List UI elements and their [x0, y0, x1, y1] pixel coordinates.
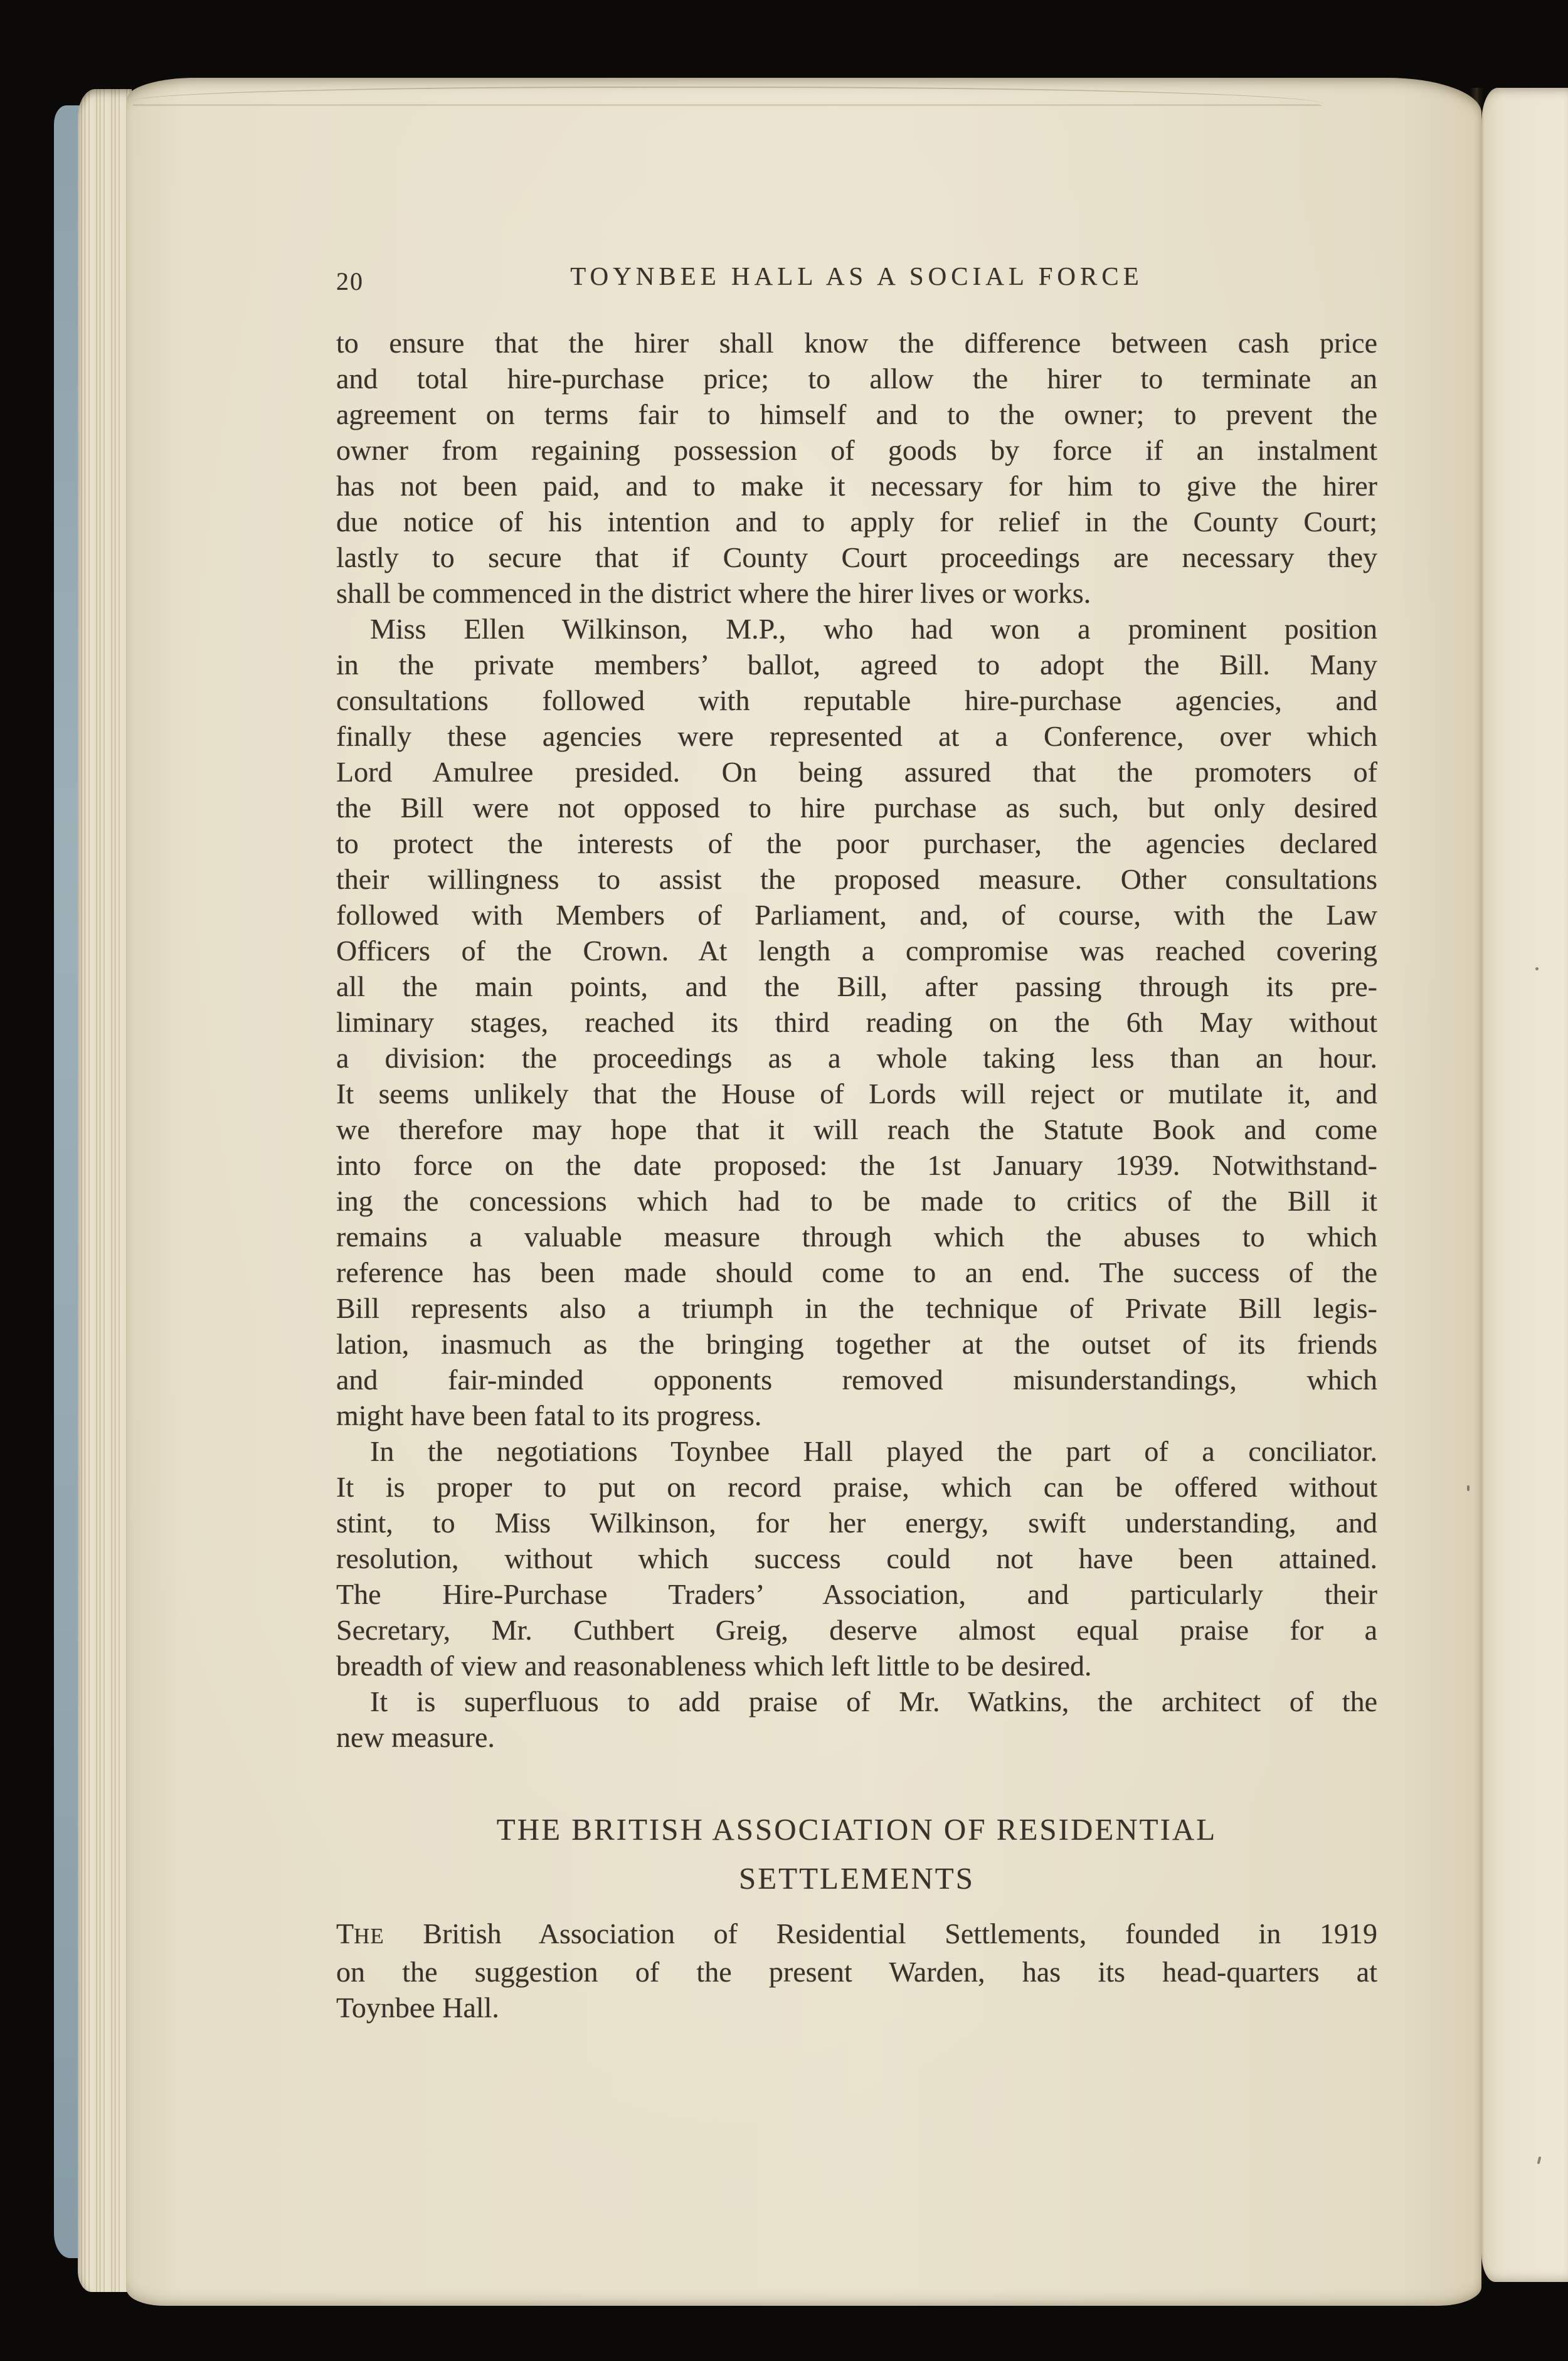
text-line: Officers of the Crown. At length a compr…: [336, 933, 1377, 968]
text-line: remains a valuable measure through which…: [336, 1219, 1377, 1255]
text-line: owner from regaining possession of goods…: [336, 432, 1377, 468]
section-heading: THE BRITISH ASSOCIATION OF RESIDENTIALSE…: [336, 1805, 1377, 1903]
text-line: Secretary, Mr. Cuthbert Greig, deserve a…: [336, 1612, 1377, 1648]
text-line: due notice of his intention and to apply…: [336, 504, 1377, 539]
text-line: It is proper to put on record praise, wh…: [336, 1469, 1377, 1505]
text-line: The Hire-Purchase Traders’ Association, …: [336, 1576, 1377, 1612]
text-line: all the main points, and the Bill, after…: [336, 968, 1377, 1004]
stacked-page-edges: [78, 89, 132, 2292]
text-line: consultations followed with reputable hi…: [336, 682, 1377, 718]
text-line: on the suggestion of the present Warden,…: [336, 1954, 1377, 1990]
text-line: In the negotiations Toynbee Hall played …: [336, 1433, 1377, 1469]
text-line: has not been paid, and to make it necess…: [336, 468, 1377, 504]
text-line: Bill represents also a triumph in the te…: [336, 1290, 1377, 1326]
text-line: Toynbee Hall.: [336, 1990, 1377, 2025]
scan-speck: [1535, 967, 1539, 970]
section-paragraphs: THE British Association of Residential S…: [336, 1916, 1377, 2025]
text-line: new measure.: [336, 1719, 1377, 1755]
paragraph: Miss Ellen Wilkinson, M.P., who had won …: [336, 611, 1377, 1433]
text-line: Lord Amulree presided. On being assured …: [336, 754, 1377, 790]
text-line: we therefore may hope that it will reach…: [336, 1112, 1377, 1147]
text-line: lation, inasmuch as the bringing togethe…: [336, 1326, 1377, 1362]
text-line: lastly to secure that if County Court pr…: [336, 539, 1377, 575]
text-line: ing the concessions which had to be made…: [336, 1183, 1377, 1219]
text-line: and fair-minded opponents removed misund…: [336, 1362, 1377, 1398]
small-caps-lead: HE: [354, 1924, 384, 1948]
section-heading-line: SETTLEMENTS: [336, 1854, 1377, 1903]
paragraph: to ensure that the hirer shall know the …: [336, 325, 1377, 611]
text-line: resolution, without which success could …: [336, 1541, 1377, 1576]
text-line: a division: the proceedings as a whole t…: [336, 1040, 1377, 1076]
text-line: in the private members’ ballot, agreed t…: [336, 647, 1377, 682]
text-line: finally these agencies were represented …: [336, 718, 1377, 754]
text-line: Miss Ellen Wilkinson, M.P., who had won …: [336, 611, 1377, 647]
body-paragraphs: to ensure that the hirer shall know the …: [336, 325, 1377, 1755]
text-line: and total hire-purchase price; to allow …: [336, 361, 1377, 396]
text-line: stint, to Miss Wilkinson, for her energy…: [336, 1505, 1377, 1541]
book-scan: 20 TOYNBEE HALL AS A SOCIAL FORCE to ens…: [0, 0, 1568, 2361]
facing-page-edge: [1481, 88, 1568, 2282]
text-line: It seems unlikely that the House of Lord…: [336, 1076, 1377, 1112]
text-line: to protect the interests of the poor pur…: [336, 825, 1377, 861]
scan-speck: [1467, 1485, 1470, 1491]
paragraph: THE British Association of Residential S…: [336, 1916, 1377, 2025]
section-heading-line: THE BRITISH ASSOCIATION OF RESIDENTIAL: [336, 1805, 1377, 1854]
text-line: reference has been made should come to a…: [336, 1255, 1377, 1290]
text-line: followed with Members of Parliament, and…: [336, 897, 1377, 933]
text-line: their willingness to assist the proposed…: [336, 861, 1377, 897]
text-line: THE British Association of Residential S…: [336, 1916, 1377, 1954]
text-line: It is superfluous to add praise of Mr. W…: [336, 1684, 1377, 1719]
page-text: 20 TOYNBEE HALL AS A SOCIAL FORCE to ens…: [336, 258, 1377, 2025]
running-header-title: TOYNBEE HALL AS A SOCIAL FORCE: [336, 258, 1377, 294]
text-line: liminary stages, reached its third readi…: [336, 1004, 1377, 1040]
paragraph: In the negotiations Toynbee Hall played …: [336, 1433, 1377, 1684]
text-line: shall be commenced in the district where…: [336, 575, 1377, 611]
text-line: to ensure that the hirer shall know the …: [336, 325, 1377, 361]
text-line: might have been fatal to its progress.: [336, 1398, 1377, 1433]
text-line: into force on the date proposed: the 1st…: [336, 1147, 1377, 1183]
text-line: agreement on terms fair to himself and t…: [336, 396, 1377, 432]
running-header: 20 TOYNBEE HALL AS A SOCIAL FORCE: [336, 258, 1377, 296]
text-line: breadth of view and reasonableness which…: [336, 1648, 1377, 1684]
text-line: the Bill were not opposed to hire purcha…: [336, 790, 1377, 825]
paragraph: It is superfluous to add praise of Mr. W…: [336, 1684, 1377, 1755]
